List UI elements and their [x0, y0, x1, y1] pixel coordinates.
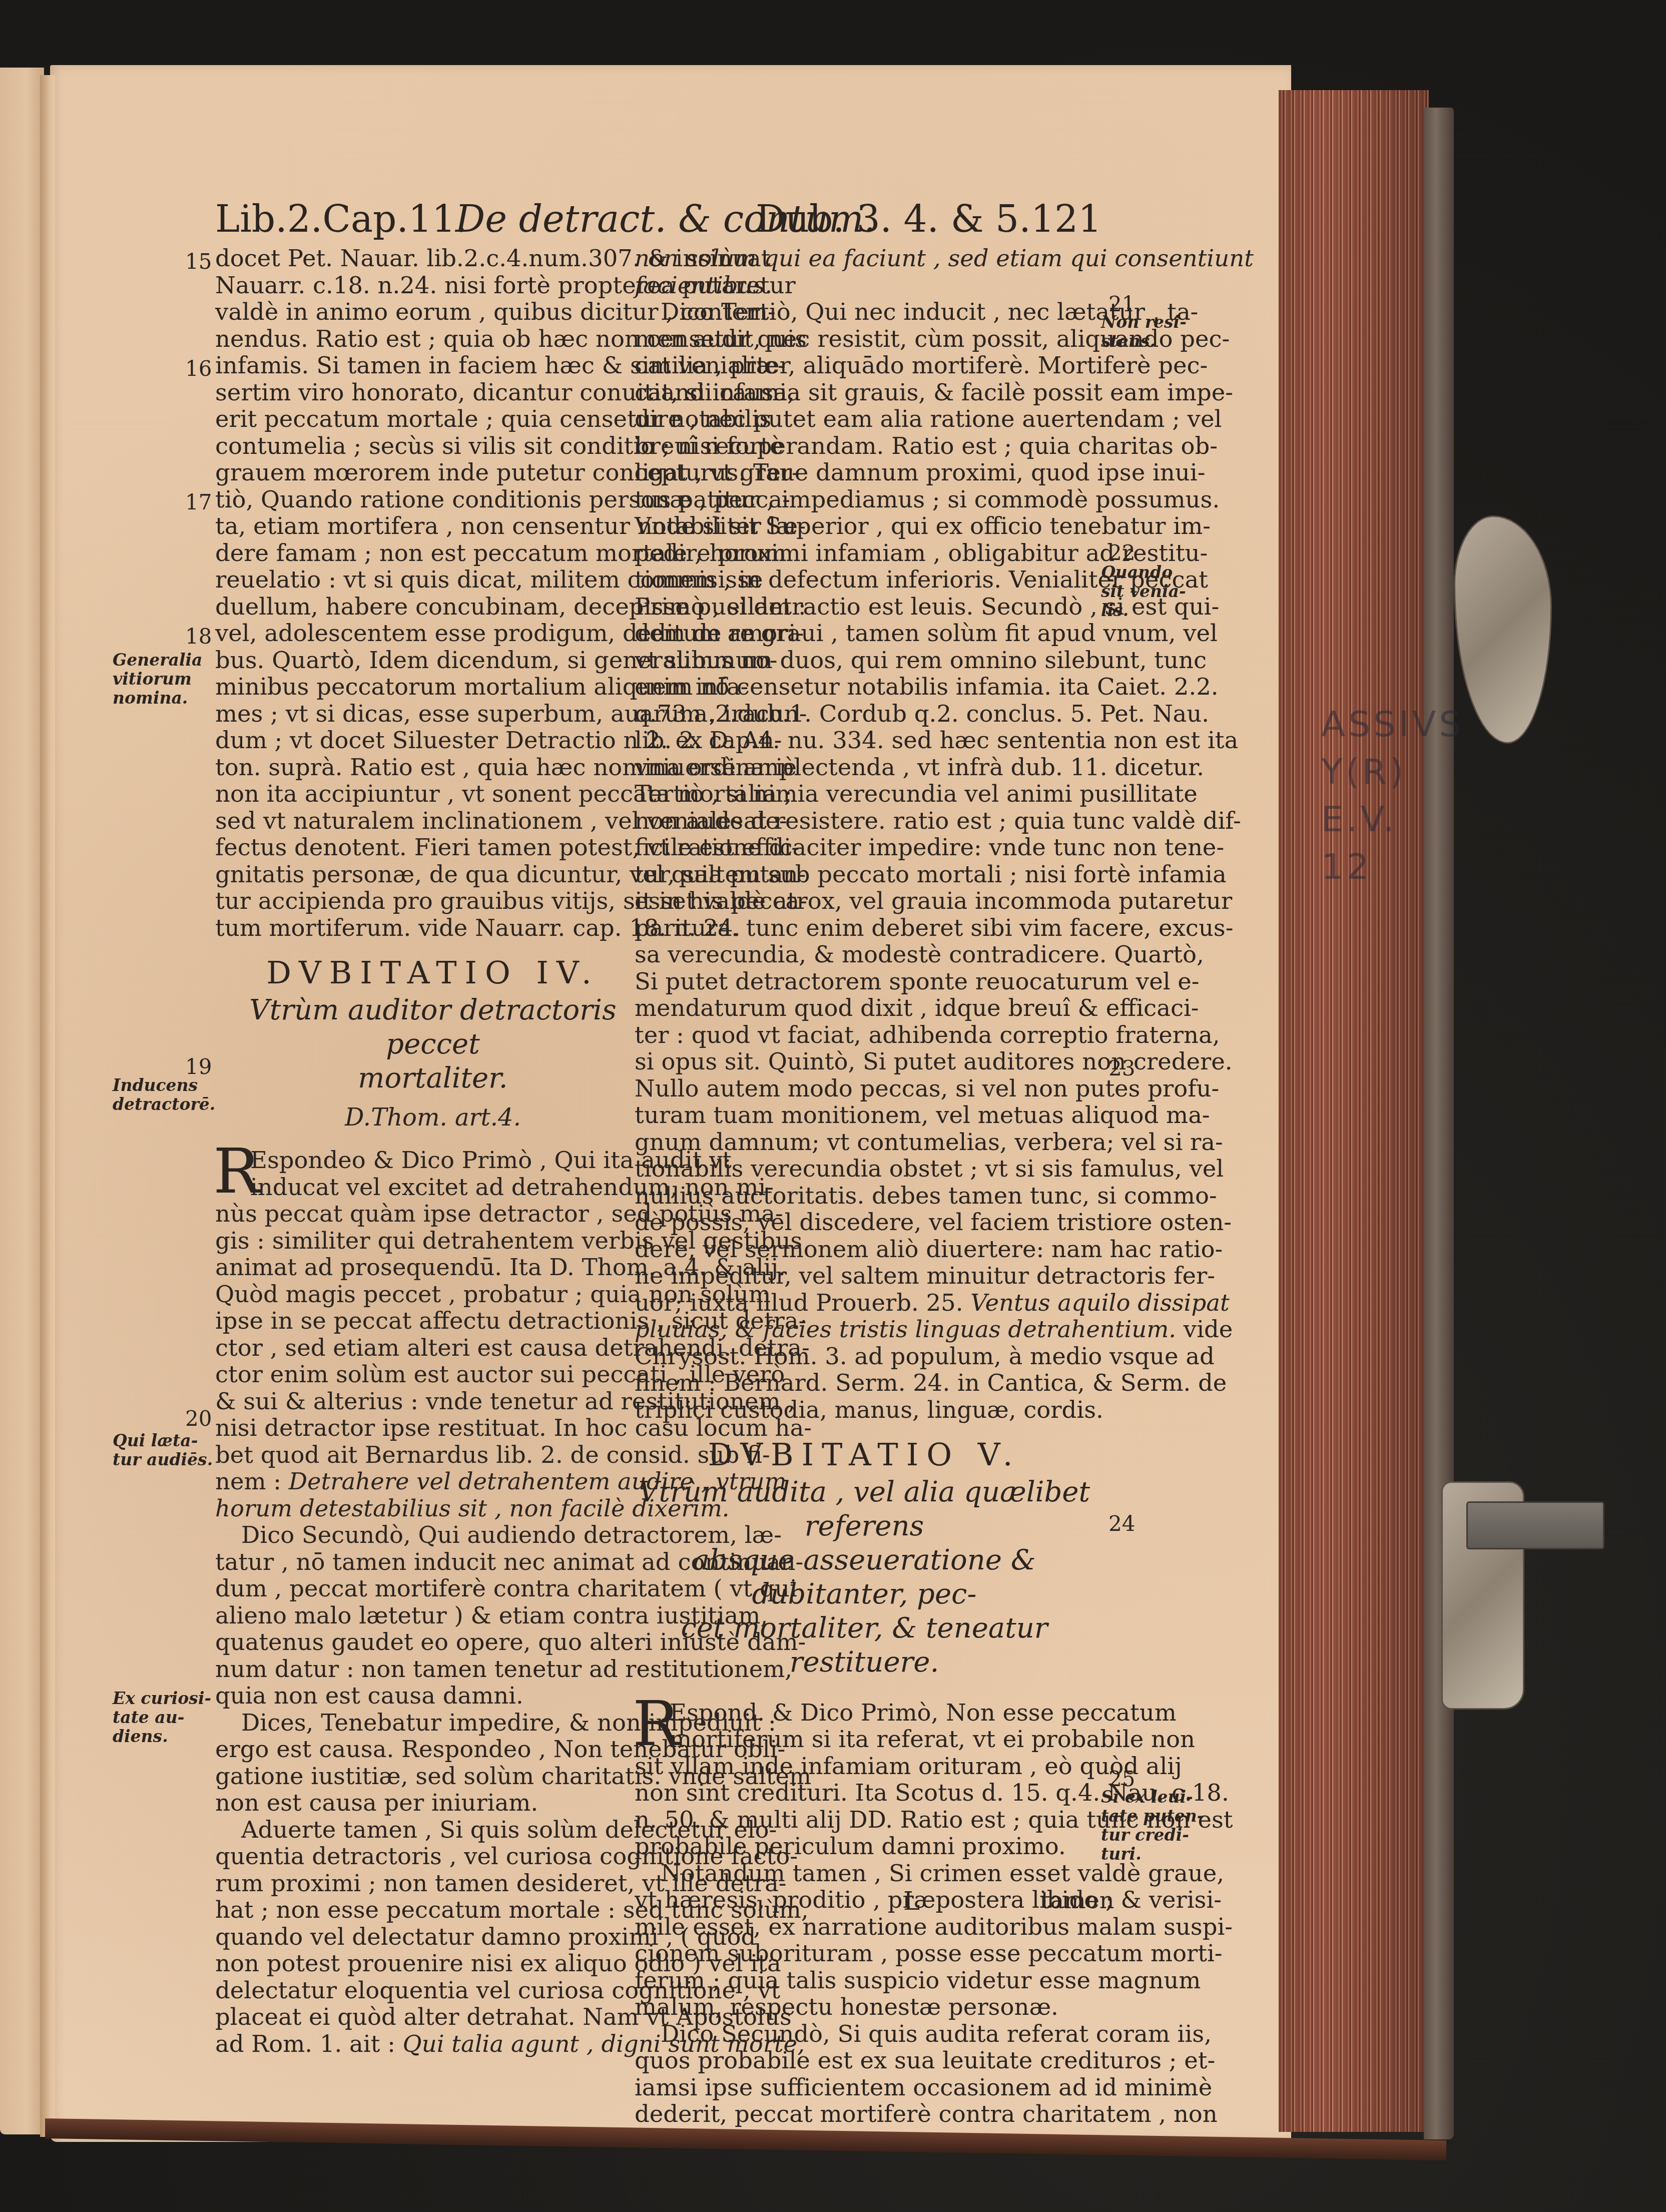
dubitatio-v-heading: DVBITATIO V. [635, 1441, 1094, 1468]
note-line: Ex curiosi- [113, 1689, 211, 1708]
prouerb-line: uor; iuxta illud Prouerb. 25. Ventus aqu… [635, 1290, 1094, 1317]
text-line: Espondeo & Dico Primò , Qui ita audit vt [215, 1147, 651, 1174]
text-line: nem : Detrahere vel detrahentem audire ,… [215, 1468, 651, 1495]
question-line: Vtrùm auditor detractoris peccet [215, 993, 651, 1061]
text-line: gnitatis personæ, de qua dicuntur, vel q… [215, 861, 651, 888]
left-drop-cap-block: R Espondeo & Dico Primò , Qui ita audit … [215, 1147, 651, 1495]
text-line: alieno malo lætetur ) & etiam contra ius… [215, 1602, 651, 1629]
text-line: non sint credituri. Ita Scotus d. 15. q.… [635, 1780, 1094, 1807]
text-line: quia non est causa damni. [215, 1683, 651, 1710]
text-line: Espond. & Dico Primò, Non esse peccatum [635, 1700, 1094, 1727]
margin-number: 23 [1108, 1056, 1135, 1080]
dubitatio-v-question: Vtrùm audita , vel alia quælibet referen… [635, 1475, 1094, 1680]
gutter [40, 75, 55, 2137]
text-line: cat venialiter, aliquādo mortiferè. Mort… [635, 352, 1094, 379]
note-line: Si ex leui- [1101, 1788, 1204, 1807]
margin-number: 24 [1108, 1511, 1135, 1536]
text-line: si opus sit. Quintò, Si putet auditores … [635, 1048, 1094, 1075]
text-line: ne impeditur, vel saltem minuitur detrac… [635, 1263, 1094, 1290]
margin-number: 17 [185, 490, 212, 514]
left-text-block-2: Espondeo & Dico Primò , Qui ita audit vt… [215, 1147, 651, 1495]
text-line: Aduerte tamen , Si quis solùm delectetur… [215, 1817, 651, 1844]
text: vide [1176, 1316, 1233, 1343]
handwriting-line: Y(R) [1321, 748, 1421, 796]
text-line: esset valdè atrox, vel grauia incommoda … [635, 888, 1094, 915]
text-line: tus patitur , impediamus ; si commodè po… [635, 486, 1094, 513]
text-line: animat ad prosequendū. Ita D. Thom. a.4.… [215, 1254, 651, 1281]
text-line: inducat vel excitet ad detrahendum, non … [215, 1174, 651, 1201]
text-line: Tertiò , si nimia verecundia vel animi p… [635, 781, 1094, 808]
text-line: nisi detractor ipse restituat. In hoc ca… [215, 1415, 651, 1442]
text-line: valdè in animo eorum , quibus dicitur , … [215, 299, 651, 326]
text-line: ficile est efficaciter impedire: vnde tu… [635, 834, 1094, 861]
note-line: sit venia- [1101, 582, 1186, 601]
prouerb-quote: Ventus aquilo dissipat [970, 1289, 1229, 1316]
margin-note: Ex curiosi- tate au- diens. [113, 1689, 211, 1746]
margin-note: Inducens detractorē. [113, 1076, 215, 1114]
text-line: sa verecundia, & modestè contradicere. Q… [635, 941, 1094, 968]
left-text-block-3: Dico Secundò, Qui audiendo detractorem, … [215, 1522, 651, 2031]
text-line: tur accipienda pro grauibus vitijs, sit … [215, 888, 651, 915]
text-line: non est causa per iniuriam. [215, 1790, 651, 1817]
text-line: non potest prouenire nisi ex aliquo odio… [215, 1950, 651, 1977]
note-line: vitiorum [113, 670, 202, 689]
question-line: absque asseueratione & dubitanter, pec- [635, 1543, 1094, 1611]
margin-number: 22 [1108, 540, 1135, 565]
note-line: tur audiēs. [113, 1450, 213, 1469]
text-line: fectus denotent. Fieri tamen potest, vt … [215, 834, 651, 861]
handwriting-line: E.V. [1321, 796, 1421, 843]
facing-page-edge [0, 68, 44, 2134]
text-line: cat, si infamia sit grauis, & facilè pos… [635, 379, 1094, 406]
bernard-quote: horum detestabilius sit , non facilè dix… [215, 1495, 651, 1522]
text-line: hat ; non esse peccatum mortale : sed tu… [215, 1897, 651, 1924]
margin-note: Qui læta- tur audiēs. [113, 1431, 213, 1469]
note-line: stens. [1101, 332, 1187, 351]
text-line: bet quod ait Bernardus lib. 2. de consid… [215, 1442, 651, 1469]
text-line: minibus peccatorum mortalium aliquem inf… [215, 674, 651, 701]
text-line: sed vt naturalem inclinationem , vel ven… [215, 808, 651, 835]
text-line: sit vllam inde infamiam orituram , eò qu… [635, 1753, 1094, 1780]
text-line: gnum damnum; vt contumelias, verbera; ve… [635, 1129, 1094, 1156]
text-line: tur, saltem sub peccato mortali ; nisi f… [635, 861, 1094, 888]
text-line: Vnde si sit Superior , qui ex officio te… [635, 513, 1094, 540]
text-line: bus. Quartò, Idem dicendum, si generalib… [215, 647, 651, 674]
text-line: dum ; vt docet Siluester Detractio n 2. … [215, 727, 651, 754]
text-line: turam tuam monitionem, vel metuas aliquo… [635, 1102, 1094, 1129]
clasp-pin-icon [1466, 1501, 1604, 1549]
text-line: mortiferum si ita referat, vt ei probabi… [635, 1726, 1094, 1753]
text-line: vt summum duos, qui rem omnino silebunt,… [635, 647, 1094, 674]
note-line: Generalia [113, 651, 202, 670]
text-line: ctor enim solùm est auctor sui peccati ,… [215, 1361, 651, 1388]
page-number: 121 [1031, 198, 1101, 241]
text-line: q.73.a.2.dub.1. Cordub q.2. conclus. 5. … [635, 701, 1094, 728]
text-line: placeat ei quòd alter detrahat. Nam vt A… [215, 2004, 651, 2031]
note-line: Non resi- [1101, 313, 1187, 332]
question-line: mortaliter. [215, 1061, 651, 1095]
note-line: tate au- [113, 1708, 211, 1727]
prouerb-quote: pluuias, & facies tristis linguas detrah… [635, 1316, 1176, 1343]
text-line: Notandum tamen , Si crimen esset valdè g… [635, 1860, 1094, 1887]
text-line: paritura. tunc enim deberet sibi vim fac… [635, 915, 1094, 942]
text-line: docet Pet. Nauar. lib.2.c.4.num.307. & i… [215, 245, 651, 272]
note-line: detractorē. [113, 1095, 215, 1114]
text-line: dè possis, vel discedere, vel faciem tri… [635, 1209, 1094, 1236]
text-line: num datur : non tamen tenetur ad restitu… [215, 1656, 651, 1683]
text-line: Quòd magis peccet , probatur ; quia non … [215, 1281, 651, 1308]
text-line: Primò , si detractio est leuis. Secundò … [635, 594, 1094, 621]
fore-edge-handwriting: ASSIVS Y(R) E.V. 12 [1321, 701, 1421, 891]
text-line: dum , peccat mortiferè contra charitatem… [215, 1575, 651, 1602]
text-line: ter : quod vt faciat, adhibenda correpti… [635, 1022, 1094, 1049]
text: ad Rom. 1. ait : [215, 2030, 403, 2057]
text-line: gatione iustitiæ, sed solùm charitatis. … [215, 1763, 651, 1790]
question-line: Vtrùm audita , vel alia quælibet referen… [635, 1475, 1094, 1543]
margin-number: 20 [185, 1406, 212, 1431]
text-line: ctor , sed etiam alteri est causa detrah… [215, 1335, 651, 1362]
text-line: vel, adolescentem esse prodigum, deditum… [215, 620, 651, 647]
text: nem : [215, 1468, 289, 1495]
text-line: vt hæresis, proditio , præpostera libido… [635, 1887, 1094, 1914]
margin-note: Quando sit venia- lis. [1101, 563, 1186, 620]
right-text-block-2: Chrysost. Hom. 3. ad populum, à medio vs… [635, 1343, 1094, 1424]
text-line: malum, respectu honestæ personæ. [635, 1994, 1094, 2021]
header-book-chapter: Lib.2.Cap.11. [215, 198, 467, 241]
text-line: vniuersè amplectenda , vt infrà dub. 11.… [635, 754, 1094, 781]
right-column: non solùm qui ea faciunt , sed etiam qui… [635, 245, 1094, 2128]
question-line: cet mortaliter, & teneatur restituere. [635, 1611, 1094, 1680]
text-line: delectatur eloquentia vel curiosa cognit… [215, 1977, 651, 2004]
text-line: breuî recuperandam. Ratio est ; quia cha… [635, 433, 1094, 460]
catchword: tamen [1041, 1887, 1114, 1914]
text-line: sertim viro honorato, dicantur conuitian… [215, 379, 651, 406]
right-text-block-1: Dico Tertiò, Qui nec inducit , nec lætat… [635, 299, 1094, 1290]
text-line: quentia detractoris , vel curiosa cognit… [215, 1843, 651, 1870]
text-line: Dico Secundò, Si quis audita referat cor… [635, 2021, 1094, 2048]
text-line: erit peccatum mortale ; quia censetur no… [215, 406, 651, 433]
note-line: Qui læta- [113, 1431, 213, 1450]
left-column: docet Pet. Nauar. lib.2.c.4.num.307. & i… [215, 245, 651, 2057]
fore-edge-shade [1279, 90, 1429, 2132]
drop-cap: R [633, 1697, 679, 1752]
text-line: duellum, habere concubinam, decepisse pu… [215, 594, 651, 621]
text-line: nendus. Ratio est ; quia ob hæc non cens… [215, 326, 651, 353]
margin-note: Non resi- stens. [1101, 313, 1187, 351]
text-line: mile esset, ex narratione auditoribus ma… [635, 1914, 1094, 1941]
text-line: dire , nec putet eam alia ratione auerte… [635, 406, 1094, 433]
text-line: tum mortiferum. vide Nauarr. cap. 18. n.… [215, 915, 651, 942]
text-line: nullius auctoritatis. debes tamen tunc, … [635, 1183, 1094, 1210]
dubitatio-iv-heading: DVBITATIO IV. [215, 959, 651, 986]
text-line: & sui & alterius : vnde tenetur ad resti… [215, 1388, 651, 1415]
text-line: quos probabile est ex sua leuitate credi… [635, 2047, 1094, 2074]
text-line: Si putet detractorem sponte reuocaturum … [635, 968, 1094, 995]
text-line: dem de re graui , tamen solùm fit apud v… [635, 620, 1094, 647]
text-line: dere, vel sermonem aliò diuertere: nam h… [635, 1236, 1094, 1263]
text-line: quatenus gaudet eo opere, quo alteri ini… [215, 1629, 651, 1656]
text-line: gis : similiter qui detrahentem verbis v… [215, 1228, 651, 1255]
text-line: non audeat resistere. ratio est ; quia t… [635, 808, 1094, 835]
text-line: ergo est causa. Respondeo , Non tenebatu… [215, 1736, 651, 1763]
text-line: finem : Bernard. Serm. 24. in Cantica, &… [635, 1370, 1094, 1397]
note-line: tur credi- [1101, 1826, 1204, 1845]
cover-board [1424, 108, 1454, 2139]
left-last-line: ad Rom. 1. ait : Qui talia agunt , digni… [215, 2031, 651, 2058]
note-line: tate puten- [1101, 1807, 1204, 1826]
note-line: Quando [1101, 563, 1186, 582]
dubitatio-iv-question: Vtrùm auditor detractoris peccet mortali… [215, 993, 651, 1095]
note-line: Inducens [113, 1076, 215, 1095]
text-line: quando vel delectatur damno proximi , ( … [215, 1924, 651, 1951]
text-line: nùs peccat quàm ipse detractor , sed pot… [215, 1201, 651, 1228]
text-line: dederit, peccat mortiferè contra charita… [635, 2101, 1094, 2128]
text-line: tatur , nō tamen inducit nec animat ad c… [215, 1549, 651, 1576]
signature-mark: L [903, 1887, 920, 1916]
text-line: mes ; vt si dicas, esse superbum, auarum… [215, 701, 651, 728]
text-line: ferum ; quia talis suspicio videtur esse… [635, 1967, 1094, 1994]
text-line: probabile periculum damni proximo. [635, 1833, 1094, 1860]
text-line: pedire proximi infamiam , obligabitur ad… [635, 540, 1094, 567]
note-line: turi. [1101, 1845, 1204, 1864]
text-line: Dices, Tenebatur impedire, & non impediu… [215, 1710, 651, 1737]
text-line: reuelatio : vt si quis dicat, militem co… [215, 567, 651, 594]
text-line: non ita accipiuntur , vt sonent peccata … [215, 781, 651, 808]
text-line: Dico Secundò, Qui audiendo detractorem, … [215, 1522, 651, 1549]
header-dubitationes: Dub. 3. 4. & 5. [756, 198, 1031, 241]
note-line: diens. [113, 1727, 211, 1746]
text-line: ta, etiam mortifera , non censentur nota… [215, 513, 651, 540]
text-line: triplici custodia, manus, linguæ, cordis… [635, 1397, 1094, 1424]
margin-number: 18 [185, 624, 212, 649]
text-line: Nauarr. c.18. n.24. nisi fortè propterea… [215, 272, 651, 299]
text-line: men audit, nec resistit, cùm possit, ali… [635, 326, 1094, 353]
text-line: mendaturum quod dixit , idque breuî & ef… [635, 995, 1094, 1022]
text-line: tionabilis verecundia obstet ; vt si sis… [635, 1156, 1094, 1183]
text: uor; iuxta illud Prouerb. 25. [635, 1289, 970, 1316]
text-line: ligat , vt graue damnum proximi, quod ip… [635, 459, 1094, 486]
drop-cap: R [213, 1144, 260, 1199]
text-line: ton. suprà. Ratio est , quia hæc nomina … [215, 754, 651, 781]
dubitatio-iv-reference: D.Thom. art.4. [215, 1104, 651, 1132]
text-line: enim nō censetur notabilis infamia. ita … [635, 674, 1094, 701]
text-line: grauem mœrorem inde putetur concepturus.… [215, 459, 651, 486]
opening-quote-line: non solùm qui ea faciunt , sed etiam qui… [635, 245, 1094, 272]
handwriting-line: 12 [1321, 843, 1421, 891]
right-text-block-3: Espond. & Dico Primò, Non esse peccatumm… [635, 1700, 1094, 2128]
note-line: nomina. [113, 689, 202, 708]
margin-note: Si ex leui- tate puten- tur credi- turi. [1101, 1788, 1204, 1864]
note-line: lis. [1101, 601, 1186, 620]
text-line: iamsi ipse sufficientem occasionem ad id… [635, 2074, 1094, 2101]
text-line: ipse in se peccat affectu detractionis ,… [215, 1308, 651, 1335]
margin-note: Generalia vitiorum nomina. [113, 651, 202, 708]
text-line: n. 50. & multi alij DD. Ratio est ; quia… [635, 1807, 1094, 1834]
text-line: Dico Tertiò, Qui nec inducit , nec lætat… [635, 299, 1094, 326]
margin-number: 15 [185, 249, 212, 274]
opening-quote-line: facientibus. [635, 272, 1094, 299]
handwriting-line: ASSIVS [1321, 701, 1421, 748]
left-text-block-1: docet Pet. Nauar. lib.2.c.4.num.307. & i… [215, 245, 651, 941]
margin-number: 16 [185, 356, 212, 381]
text-line: tiò, Quando ratione conditionis personæ … [215, 486, 651, 513]
text-line: infamis. Si tamen in faciem hæc & simili… [215, 352, 651, 379]
text-line: dere famam ; non est peccatum mortale , … [215, 540, 651, 567]
right-drop-cap-block: R Espond. & Dico Primò, Non esse peccatu… [635, 1700, 1094, 2128]
text-line: contumelia ; secùs si vilis sit conditio… [215, 433, 651, 460]
text-line: rum proximi ; non tamen desideret, vt il… [215, 1870, 651, 1897]
text-line: Nullo autem modo peccas, si vel non pute… [635, 1075, 1094, 1102]
text-line: Chrysost. Hom. 3. ad populum, à medio vs… [635, 1343, 1094, 1370]
text-line: lib. 2. cap.4. nu. 334. sed hæc sententi… [635, 727, 1094, 754]
text-line: tionem , in defectum inferioris. Veniali… [635, 567, 1094, 594]
text-line: cionem suborituram , posse esse peccatum… [635, 1940, 1094, 1967]
prouerb-line: pluuias, & facies tristis linguas detrah… [635, 1316, 1094, 1343]
